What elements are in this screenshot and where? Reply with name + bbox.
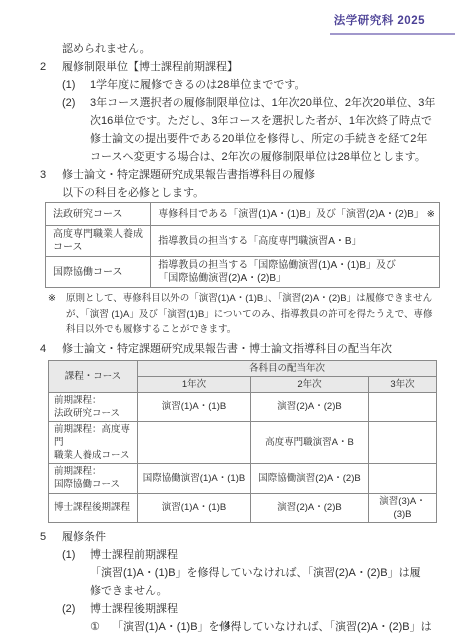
item-text: 3年コース選択者の履修制限単位は、1年次20単位、2年次20単位、3年次16単位…: [90, 94, 436, 166]
section-5-sub-1-text: 「演習(1)A・(1)B」を修得していなければ、「演習(2)A・(2)B」は履修…: [40, 564, 430, 600]
item-title: 博士課程前期課程: [90, 546, 437, 564]
subjects-cell: 指導教員の担当する「高度専門職演習A・B」: [151, 226, 440, 257]
section-3-heading: 3 修士論文・特定課題研究成果報告書指導科目の履修: [40, 166, 437, 184]
section-5-sub-2: (2) 博士課程後期課程: [40, 600, 437, 618]
page-header: 法学研究科 2025: [0, 0, 455, 36]
year1-cell: [138, 421, 251, 463]
year2-cell: 演習(2)A・(2)B: [251, 493, 369, 522]
section-4-heading: 4 修士論文・特定課題研究成果報告書・博士論文指導科目の配当年次: [40, 340, 437, 358]
course-cell: 前期課程： 法政研究コース: [49, 392, 138, 421]
year-header-cell: 3年次: [369, 376, 437, 392]
group-header-cell: 各科目の配当年次: [138, 360, 437, 376]
year2-cell: 国際協働演習(2)A・(2)B: [251, 463, 369, 493]
section-4-title: 修士論文・特定課題研究成果報告書・博士論文指導科目の配当年次: [62, 340, 437, 358]
item-title: 博士課程後期課程: [90, 600, 437, 618]
section-2-item-1: (1) 1学年度に履修できるのは28単位までです。: [40, 76, 437, 94]
year1-cell: 演習(1)A・(1)B: [138, 392, 251, 421]
item-label: (1): [62, 546, 90, 564]
footnote-text: 原則として、専修科目以外の「演習(1)A・(1)B」、「演習(2)A・(2)B」…: [66, 291, 437, 338]
course-cell: 博士課程後期課程: [49, 493, 138, 522]
item-label: (1): [62, 76, 90, 94]
course-cell: 法政研究コース: [46, 203, 151, 226]
footnote-marker: ※: [48, 291, 66, 338]
document-body: 認められません。 2 履修制限単位【博士課程前期課程】 (1) 1学年度に履修で…: [0, 36, 455, 636]
year2-cell: 高度専門職演習A・B: [251, 421, 369, 463]
subjects-cell: 専修科目である「演習(1)A・(1)B」及び「演習(2)A・(2)B」 ※: [151, 203, 440, 226]
table-row: 国際協働コース 指導教員の担当する「国際協働演習(1)A・(1)B」及び 「国際…: [46, 257, 440, 288]
year1-cell: 演習(1)A・(1)B: [138, 493, 251, 522]
section-5-sub-1: (1) 博士課程前期課程: [40, 546, 437, 564]
table-row: 前期課程：高度専門 職業人養成コース 高度専門職演習A・B: [49, 421, 437, 463]
year2-cell: 演習(2)A・(2)B: [251, 392, 369, 421]
continued-paragraph: 認められません。: [40, 40, 437, 58]
header-title: 法学研究科 2025: [334, 12, 425, 28]
section-2-title: 履修制限単位【博士課程前期課程】: [62, 58, 437, 76]
table-row: 高度専門職業人養成コース 指導教員の担当する「高度専門職演習A・B」: [46, 226, 440, 257]
year3-cell: [369, 421, 437, 463]
item-text: 1学年度に履修できるのは28単位までです。: [90, 76, 436, 94]
item-label: (2): [62, 94, 90, 166]
year3-cell: [369, 463, 437, 493]
section-5-number: 5: [40, 528, 62, 546]
section-5-heading: 5 履修条件: [40, 528, 437, 546]
table-row: 法政研究コース 専修科目である「演習(1)A・(1)B」及び「演習(2)A・(2…: [46, 203, 440, 226]
year3-cell: 演習(3)A・(3)B: [369, 493, 437, 522]
year1-cell: 国際協働演習(1)A・(1)B: [138, 463, 251, 493]
section-3-title: 修士論文・特定課題研究成果報告書指導科目の履修: [62, 166, 437, 184]
table-row: 前期課程： 国際協働コース 国際協働演習(1)A・(1)B 国際協働演習(2)A…: [49, 463, 437, 493]
table-header-row: 課程・コース 各科目の配当年次: [49, 360, 437, 376]
subjects-cell: 指導教員の担当する「国際協働演習(1)A・(1)B」及び 「国際協働演習(2)A…: [151, 257, 440, 288]
corner-header-cell: 課程・コース: [49, 360, 138, 392]
section-2-heading: 2 履修制限単位【博士課程前期課程】: [40, 58, 437, 76]
document-page: 法学研究科 2025 認められません。 2 履修制限単位【博士課程前期課程】 (…: [0, 0, 455, 644]
section-2-item-2: (2) 3年コース選択者の履修制限単位は、1年次20単位、2年次20単位、3年次…: [40, 94, 437, 166]
page-number: - 4 -: [0, 620, 455, 631]
year-header-cell: 1年次: [138, 376, 251, 392]
course-cell: 国際協働コース: [46, 257, 151, 288]
year-allocation-table: 課程・コース 各科目の配当年次 1年次 2年次 3年次 前期課程： 法政研究コー…: [48, 360, 437, 523]
section-3-lead: 以下の科目を必修とします。: [40, 184, 437, 202]
required-subjects-table: 法政研究コース 専修科目である「演習(1)A・(1)B」及び「演習(2)A・(2…: [45, 202, 440, 288]
year3-cell: [369, 392, 437, 421]
section-4-number: 4: [40, 340, 62, 358]
course-cell: 前期課程： 国際協働コース: [49, 463, 138, 493]
item-label: (2): [62, 600, 90, 618]
course-cell: 前期課程：高度専門 職業人養成コース: [49, 421, 138, 463]
section-2-number: 2: [40, 58, 62, 76]
table-row: 前期課程： 法政研究コース 演習(1)A・(1)B 演習(2)A・(2)B: [49, 392, 437, 421]
header-rule: [330, 33, 455, 35]
year-header-cell: 2年次: [251, 376, 369, 392]
section-3-number: 3: [40, 166, 62, 184]
footnote: ※ 原則として、専修科目以外の「演習(1)A・(1)B」、「演習(2)A・(2)…: [40, 291, 437, 338]
course-cell: 高度専門職業人養成コース: [46, 226, 151, 257]
section-5-title: 履修条件: [62, 528, 437, 546]
table-row: 博士課程後期課程 演習(1)A・(1)B 演習(2)A・(2)B 演習(3)A・…: [49, 493, 437, 522]
